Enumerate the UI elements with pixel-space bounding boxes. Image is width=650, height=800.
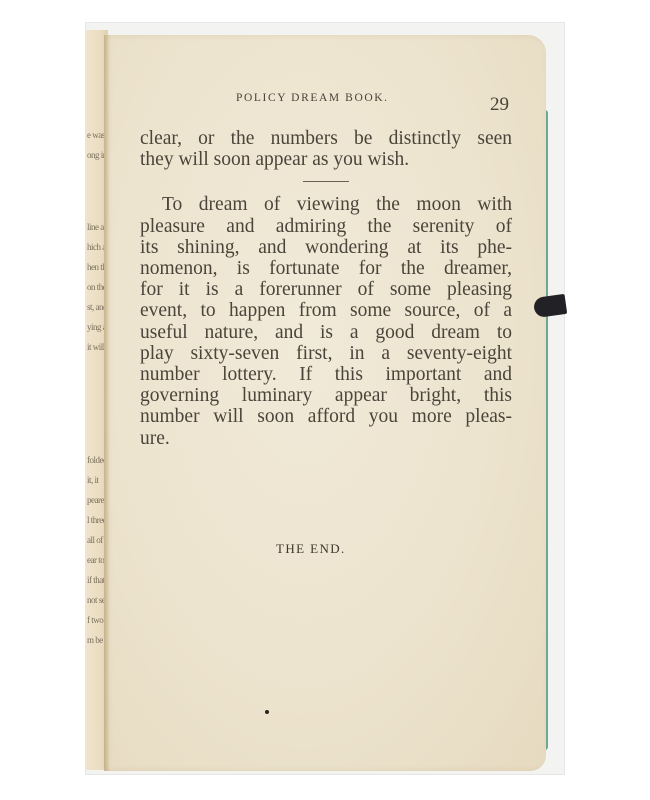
facing-fragment: m be: [87, 630, 105, 650]
text-line: play sixty-seven first, in a seventy-eig…: [140, 343, 512, 364]
running-head: POLICY DREAM BOOK.: [236, 92, 389, 104]
facing-fragment: line as: [87, 217, 105, 237]
facing-fragment: ying a-: [87, 317, 105, 337]
text-line: nomenon, is fortunate for the dreamer,: [140, 258, 512, 279]
section-divider: [303, 181, 349, 182]
facing-fragment: it will: [87, 337, 105, 357]
text-line: useful nature, and is a good dream to: [140, 322, 512, 343]
facing-fragment: st, and: [87, 297, 105, 317]
facing-fragment: on the: [87, 277, 105, 297]
page-number: 29: [490, 94, 509, 116]
facing-fragment: peared: [87, 490, 105, 510]
facing-fragment: ong in,: [87, 145, 105, 165]
facing-fragment: ear to: [87, 550, 105, 570]
facing-fragment: all of: [87, 530, 105, 550]
facing-fragment: not see: [87, 590, 105, 610]
ink-speck: [265, 710, 269, 714]
text-line: clear, or the numbers be distinctly seen: [140, 128, 512, 149]
facing-page-text-lower: folded it, it peared l three all of ear …: [87, 450, 105, 650]
text-line: its shining, and wondering at its phe-: [140, 237, 512, 258]
text-line: To dream of viewing the moon with: [140, 194, 512, 215]
facing-fragment: f two: [87, 610, 105, 630]
facing-fragment: if that: [87, 570, 105, 590]
text-line: number will soon afford you more pleas-: [140, 406, 512, 427]
gutter-shadow: [104, 35, 110, 771]
page-body: clear, or the numbers be distinctly seen…: [140, 128, 512, 449]
text-line: number lottery. If this important and: [140, 364, 512, 385]
facing-fragment: l three: [87, 510, 105, 530]
text-line: governing luminary appear bright, this: [140, 385, 512, 406]
facing-fragment: it, it: [87, 470, 105, 490]
facing-fragment: hich ay: [87, 237, 105, 257]
facing-fragment: e was: [87, 125, 105, 145]
text-line: ure.: [140, 428, 512, 449]
facing-fragment: hen the: [87, 257, 105, 277]
facing-page-text-upper: e was ong in, line as hich ay hen the on…: [87, 125, 105, 357]
text-line: pleasure and admiring the serenity of: [140, 216, 512, 237]
text-line: they will soon appear as you wish.: [140, 149, 512, 170]
closing-text: THE END.: [276, 541, 346, 557]
facing-fragment: folded: [87, 450, 105, 470]
text-line: event, to happen from some source, of a: [140, 300, 512, 321]
text-line: for it is a forerunner of some pleasing: [140, 279, 512, 300]
